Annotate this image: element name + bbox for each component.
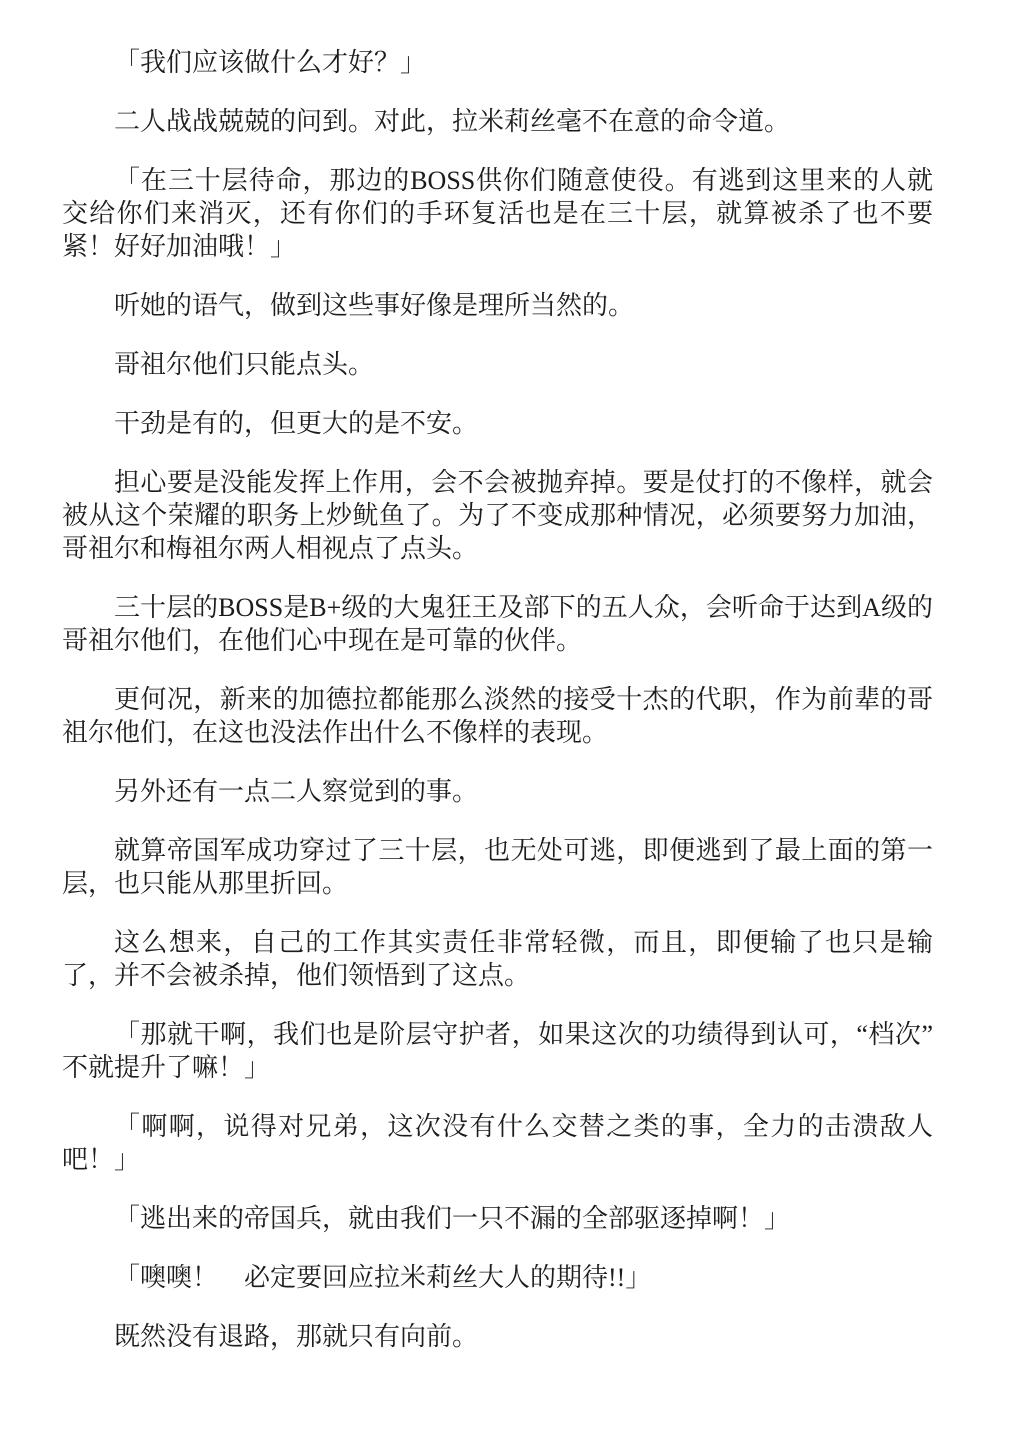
paragraph: 另外还有一点二人察觉到的事。 bbox=[62, 775, 933, 808]
novel-page: 「我们应该做什么才好？」 二人战战兢兢的问到。对此，拉米莉丝毫不在意的命令道。 … bbox=[0, 0, 1017, 1437]
paragraph: 更何况，新来的加德拉都能那么淡然的接受十杰的代职，作为前辈的哥祖尔他们，在这也没… bbox=[62, 683, 933, 749]
paragraph: 「我们应该做什么才好？」 bbox=[62, 46, 933, 79]
paragraph: 「那就干啊，我们也是阶层守护者，如果这次的功绩得到认可，“档次”不就提升了嘛！」 bbox=[62, 1018, 933, 1084]
paragraph: 「逃出来的帝国兵，就由我们一只不漏的全部驱逐掉啊！」 bbox=[62, 1202, 933, 1235]
paragraph: 听她的语气，做到这些事好像是理所当然的。 bbox=[62, 289, 933, 322]
paragraph: 哥祖尔他们只能点头。 bbox=[62, 348, 933, 381]
paragraph: 这么想来，自己的工作其实责任非常轻微，而且，即便输了也只是输了，并不会被杀掉，他… bbox=[62, 926, 933, 992]
paragraph: 「噢噢！ 必定要回应拉米莉丝大人的期待!!」 bbox=[62, 1261, 933, 1294]
paragraph: 干劲是有的，但更大的是不安。 bbox=[62, 407, 933, 440]
paragraph: 既然没有退路，那就只有向前。 bbox=[62, 1320, 933, 1353]
paragraph: 「在三十层待命，那边的BOSS供你们随意使役。有逃到这里来的人就交给你们来消灭，… bbox=[62, 164, 933, 263]
paragraph: 二人战战兢兢的问到。对此，拉米莉丝毫不在意的命令道。 bbox=[62, 105, 933, 138]
paragraph: 担心要是没能发挥上作用，会不会被抛弃掉。要是仗打的不像样，就会被从这个荣耀的职务… bbox=[62, 466, 933, 565]
paragraph: 三十层的BOSS是B+级的大鬼狂王及部下的五人众，会听命于达到A级的哥祖尔他们，… bbox=[62, 591, 933, 657]
paragraph: 「啊啊，说得对兄弟，这次没有什么交替之类的事，全力的击溃敌人吧！」 bbox=[62, 1110, 933, 1176]
paragraph: 就算帝国军成功穿过了三十层，也无处可逃，即便逃到了最上面的第一层，也只能从那里折… bbox=[62, 834, 933, 900]
